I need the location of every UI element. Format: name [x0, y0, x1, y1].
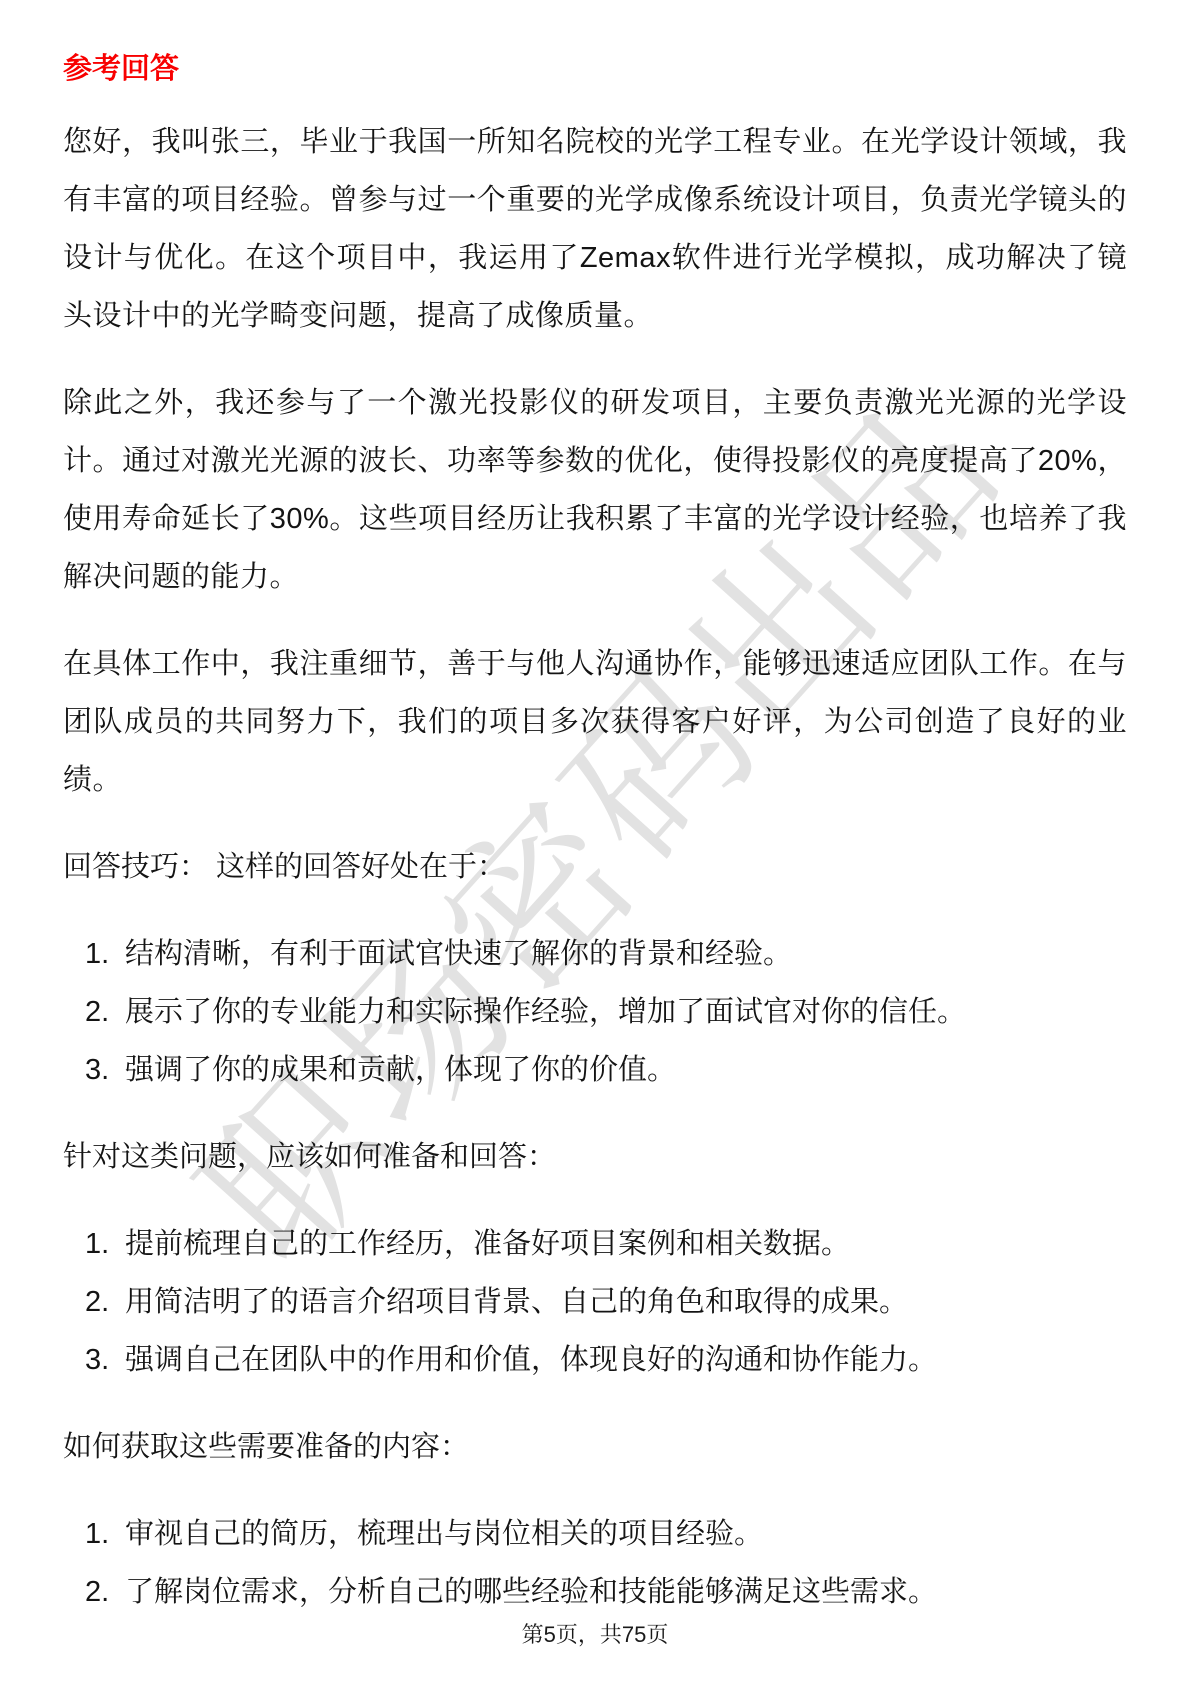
list-item: 1. 审视自己的简历，梳理出与岗位相关的项目经验。: [63, 1505, 1127, 1563]
list-item-text: 审视自己的简历，梳理出与岗位相关的项目经验。: [125, 1505, 1127, 1563]
list-item-number: 2.: [85, 1563, 125, 1621]
page-number-footer: 第5页，共75页: [0, 1620, 1190, 1650]
list-item-text: 了解岗位需求，分析自己的哪些经验和技能能够满足这些需求。: [125, 1563, 1127, 1621]
list-item: 1. 结构清晰，有利于面试官快速了解你的背景和经验。: [63, 925, 1127, 983]
list-item: 3. 强调了你的成果和贡献，体现了你的价值。: [63, 1041, 1127, 1099]
list-item-text: 用简洁明了的语言介绍项目背景、自己的角色和取得的成果。: [125, 1273, 1127, 1331]
list-item: 2. 展示了你的专业能力和实际操作经验，增加了面试官对你的信任。: [63, 983, 1127, 1041]
list-item-number: 3.: [85, 1331, 125, 1389]
paragraph-self-introduction: 您好，我叫张三，毕业于我国一所知名院校的光学工程专业。在光学设计领域，我有丰富的…: [63, 113, 1127, 345]
paragraph-project-experience: 除此之外，我还参与了一个激光投影仪的研发项目，主要负责激光光源的光学设计。通过对…: [63, 374, 1127, 606]
list-item-number: 2.: [85, 1273, 125, 1331]
prepare-list: 1. 提前梳理自己的工作经历，准备好项目案例和相关数据。 2. 用简洁明了的语言…: [63, 1215, 1127, 1389]
document-content: 参考回答 您好，我叫张三，毕业于我国一所知名院校的光学工程专业。在光学设计领域，…: [63, 55, 1127, 1650]
list-item-number: 2.: [85, 983, 125, 1041]
list-item-number: 3.: [85, 1041, 125, 1099]
list-item: 3. 强调自己在团队中的作用和价值，体现良好的沟通和协作能力。: [63, 1331, 1127, 1389]
acquire-list: 1. 审视自己的简历，梳理出与岗位相关的项目经验。 2. 了解岗位需求，分析自己…: [63, 1505, 1127, 1621]
acquire-intro: 如何获取这些需要准备的内容：: [63, 1418, 1127, 1476]
list-item-number: 1.: [85, 1215, 125, 1273]
list-item-text: 结构清晰，有利于面试官快速了解你的背景和经验。: [125, 925, 1127, 983]
paragraph-teamwork: 在具体工作中，我注重细节，善于与他人沟通协作，能够迅速适应团队工作。在与团队成员…: [63, 635, 1127, 809]
section-heading: 参考回答: [63, 55, 1127, 84]
list-item-text: 展示了你的专业能力和实际操作经验，增加了面试官对你的信任。: [125, 983, 1127, 1041]
list-item: 2. 用简洁明了的语言介绍项目背景、自己的角色和取得的成果。: [63, 1273, 1127, 1331]
list-item-text: 强调自己在团队中的作用和价值，体现良好的沟通和协作能力。: [125, 1331, 1127, 1389]
list-item: 2. 了解岗位需求，分析自己的哪些经验和技能能够满足这些需求。: [63, 1563, 1127, 1621]
tips-intro: 回答技巧： 这样的回答好处在于：: [63, 838, 1127, 896]
tips-list: 1. 结构清晰，有利于面试官快速了解你的背景和经验。 2. 展示了你的专业能力和…: [63, 925, 1127, 1099]
list-item: 1. 提前梳理自己的工作经历，准备好项目案例和相关数据。: [63, 1215, 1127, 1273]
list-item-text: 提前梳理自己的工作经历，准备好项目案例和相关数据。: [125, 1215, 1127, 1273]
list-item-number: 1.: [85, 1505, 125, 1563]
document-page: 职场密码出品 参考回答 您好，我叫张三，毕业于我国一所知名院校的光学工程专业。在…: [0, 0, 1190, 1684]
list-item-text: 强调了你的成果和贡献，体现了你的价值。: [125, 1041, 1127, 1099]
prepare-intro: 针对这类问题，应该如何准备和回答：: [63, 1128, 1127, 1186]
list-item-number: 1.: [85, 925, 125, 983]
